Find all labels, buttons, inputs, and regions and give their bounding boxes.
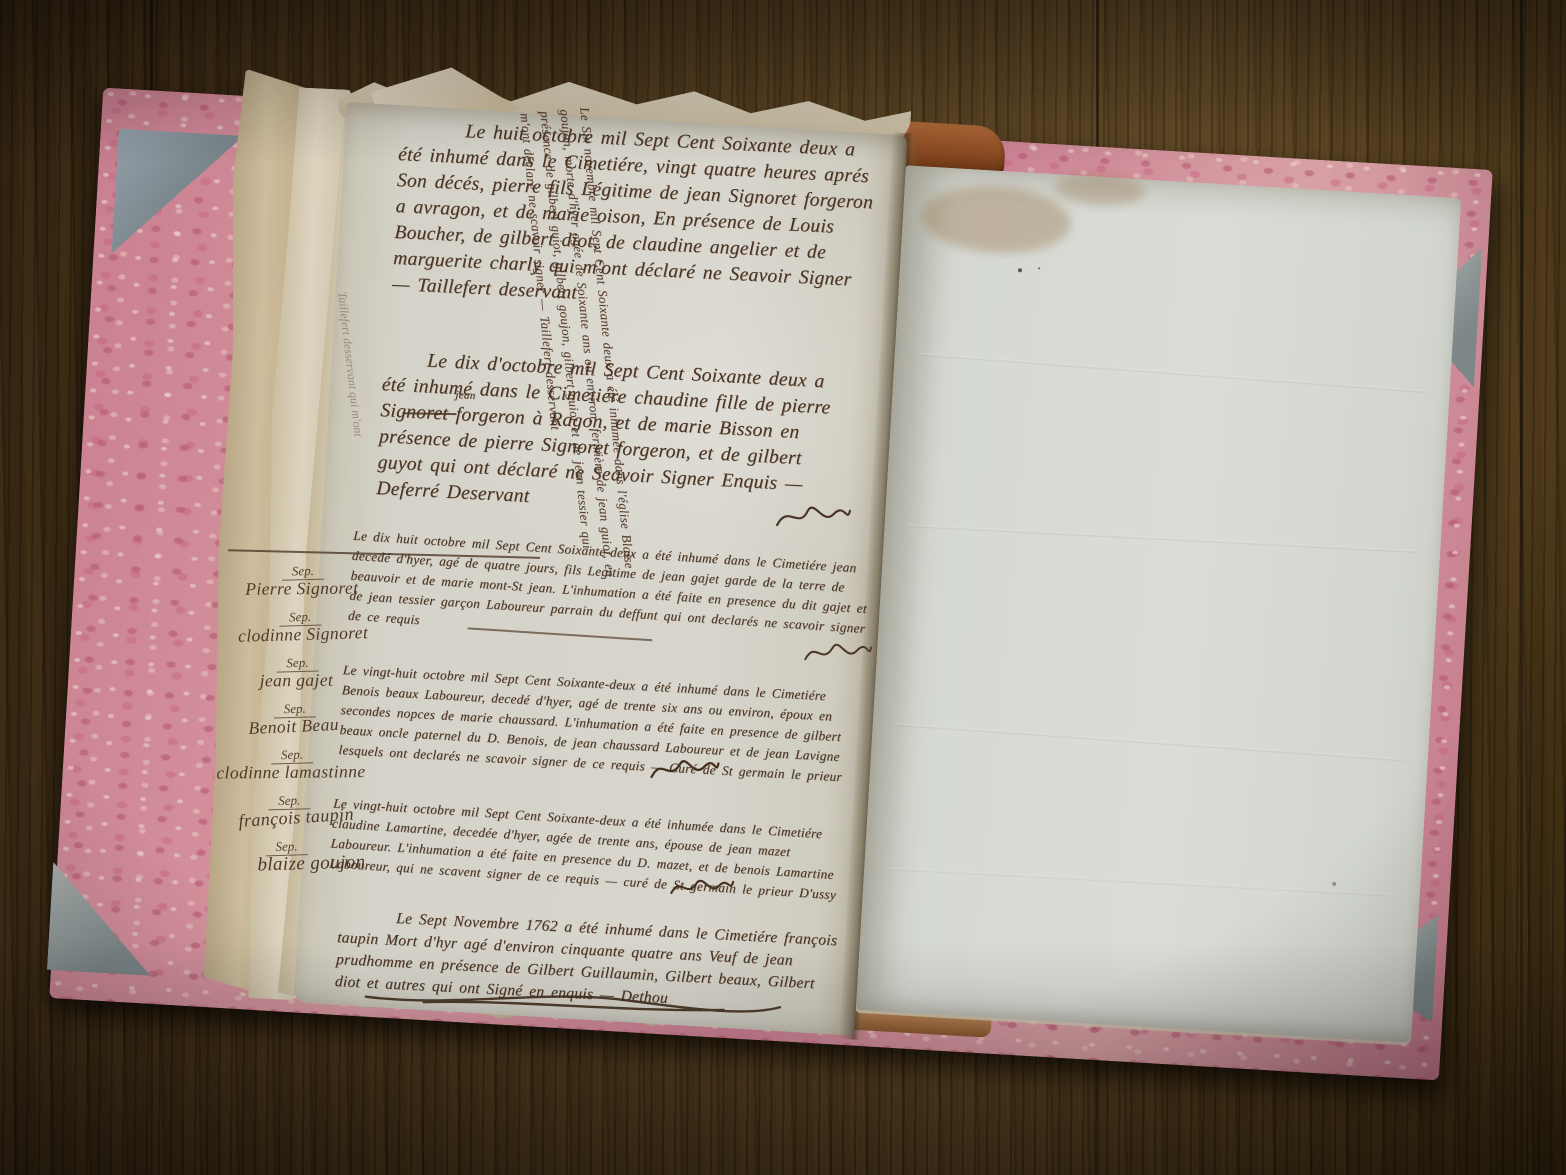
burial-record-3: Le dix huit octobre mil Sept Cent Soixan… <box>348 526 873 660</box>
burial-record-5: Le vingt-huit octobre mil Sept Cent Soix… <box>329 794 857 907</box>
record-text: Le vingt-huit octobre mil Sept Cent Soix… <box>338 662 842 784</box>
record-text: Le vingt-huit octobre mil Sept Cent Soix… <box>329 796 836 903</box>
record-text: Le huit octobre mil Sept Cent Soixante d… <box>392 121 874 303</box>
paper-crease <box>886 867 1397 897</box>
open-register-book: Le Six novembre mil Sept Cent Soixante d… <box>49 88 1493 1081</box>
record-text: Le Sept Novembre 1762 a été inhumé dans … <box>335 910 838 1007</box>
record-text: Le dix huit octobre mil Sept Cent Soixan… <box>348 528 868 636</box>
ink-speck <box>1332 882 1336 886</box>
left-page-manuscript: Le Six novembre mil Sept Cent Soixante d… <box>293 102 908 1036</box>
signature-flourish <box>773 498 853 536</box>
paper-crease <box>917 353 1427 393</box>
page-stain <box>919 182 1073 257</box>
paper-crease <box>907 524 1418 553</box>
burial-record-4: Le vingt-huit octobre mil Sept Cent Soix… <box>338 660 865 788</box>
burial-record-6: Le Sept Novembre 1762 a été inhumé dans … <box>334 905 838 1018</box>
right-page-blank <box>856 165 1461 1042</box>
underline-mark <box>468 627 653 640</box>
ink-speck <box>1038 267 1040 269</box>
ink-speck <box>1018 268 1022 272</box>
correction-jean: jean <box>411 386 476 404</box>
burial-record-1: Le huit octobre mil Sept Cent Soixante d… <box>391 116 877 320</box>
paper-crease <box>895 723 1405 762</box>
margin-name: clodinne lamastinne <box>211 761 371 784</box>
photo-parish-register: Le Six novembre mil Sept Cent Soixante d… <box>0 0 1566 1175</box>
burial-record-2: Le dix d'octobre mil Sept Cent Soixante … <box>376 346 846 525</box>
wood-plank-joint <box>1520 0 1523 1175</box>
record-text: Le dix d'octobre mil Sept Cent Soixante … <box>376 351 831 507</box>
